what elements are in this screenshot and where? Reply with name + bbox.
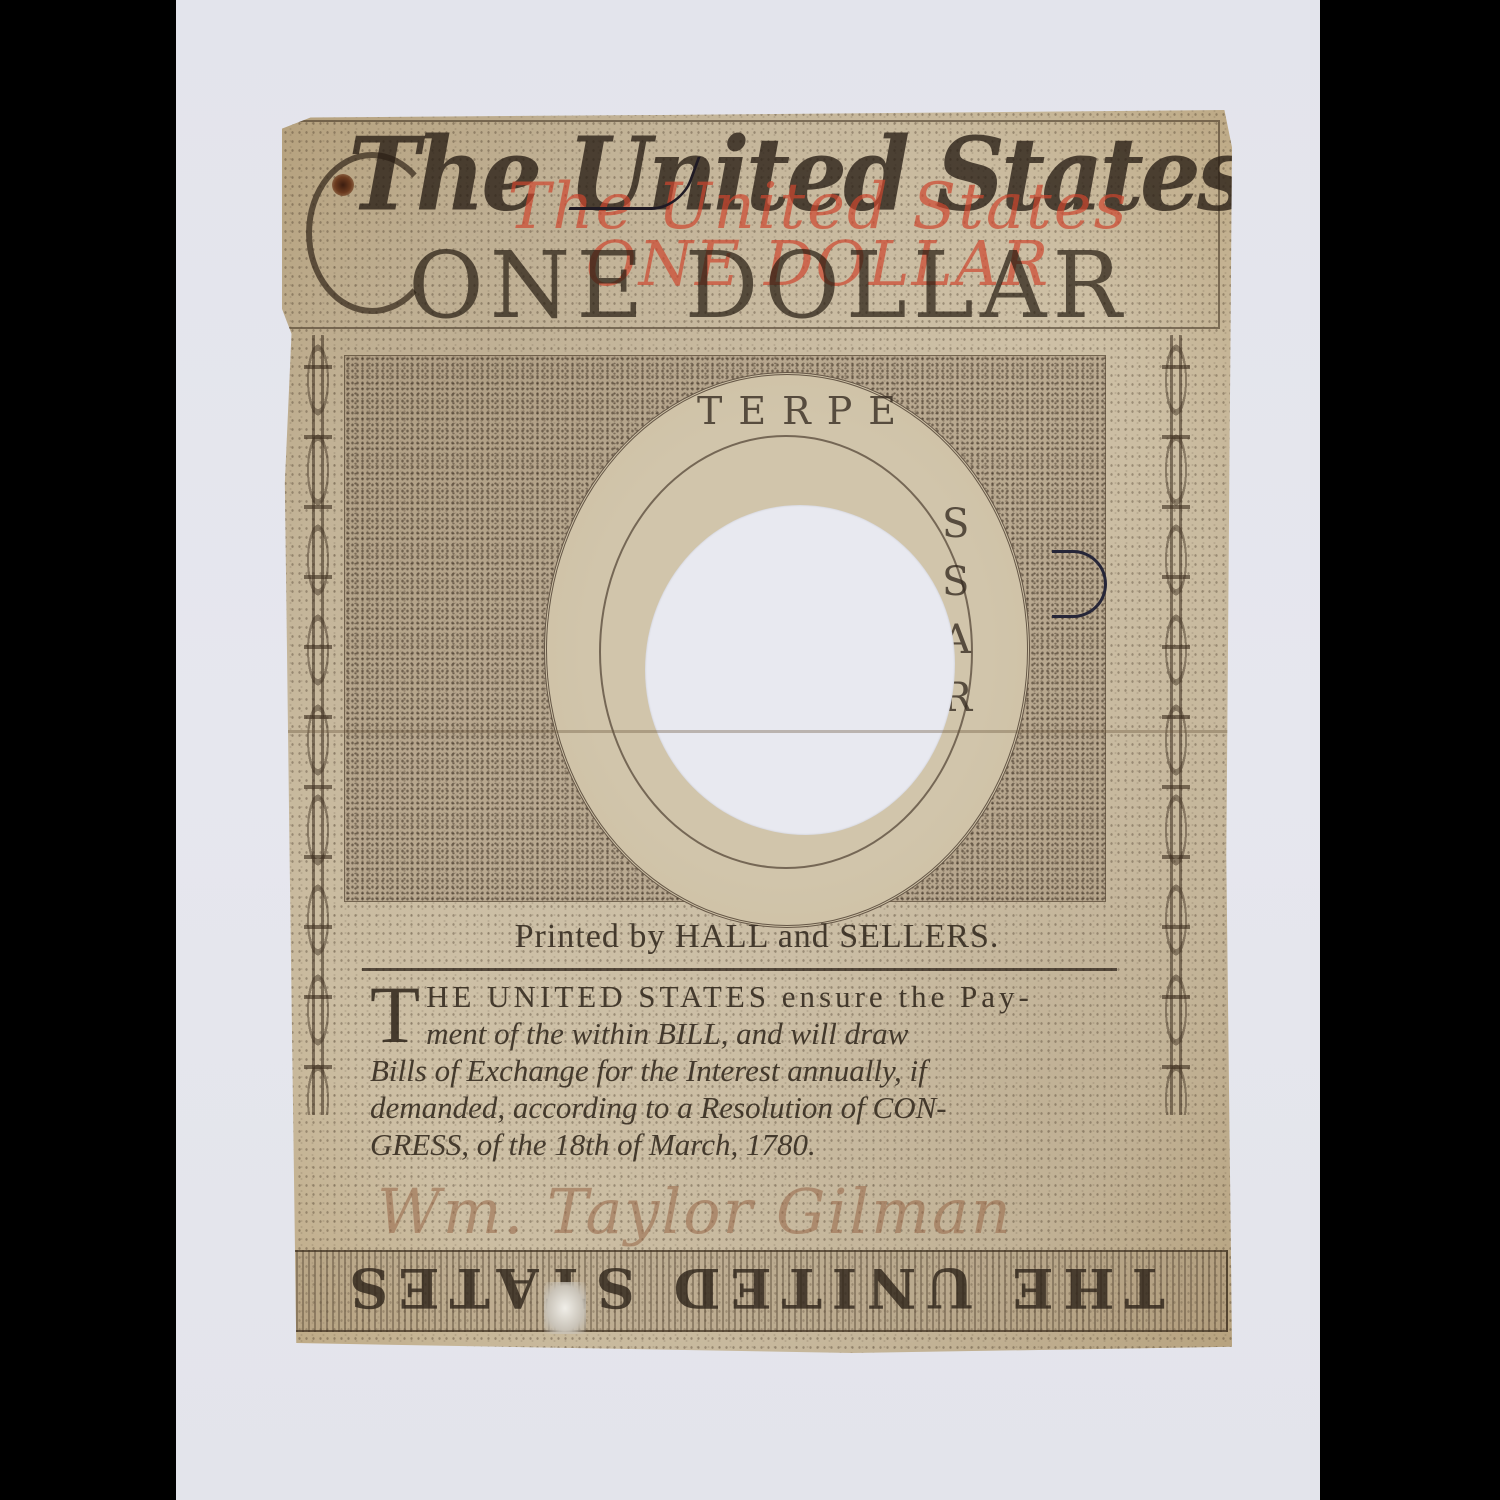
divider-rule bbox=[362, 968, 1117, 971]
fold-crease bbox=[282, 730, 1232, 733]
foil-glint bbox=[544, 1282, 586, 1334]
left-chain-border bbox=[304, 335, 332, 1115]
currency-note: The United States The United States ONE … bbox=[282, 110, 1232, 1353]
header-band: The United States The United States ONE … bbox=[288, 120, 1220, 329]
right-chain-border bbox=[1162, 335, 1190, 1115]
guarantee-line: GRESS, of the 18th of March, 1780. bbox=[370, 1126, 1130, 1163]
seal-legend-top: TERPE bbox=[697, 389, 912, 433]
guarantee-line: Bills of Exchange for the Interest annua… bbox=[370, 1052, 1130, 1089]
guarantee-line: HE UNITED STATES ensure the Pay- bbox=[370, 978, 1130, 1015]
footer-band: THE UNITED STATES bbox=[276, 1250, 1228, 1332]
printer-line: Printed by HALL and SELLERS. bbox=[282, 918, 1232, 956]
guarantee-line: ment of the within BILL, and will draw bbox=[370, 1015, 1130, 1052]
signature: Wm. Taylor Gilman bbox=[377, 1175, 1137, 1248]
cancellation-hole bbox=[645, 505, 955, 835]
ink-stain bbox=[332, 174, 354, 196]
drop-cap: T bbox=[370, 980, 420, 1050]
guarantee-line: demanded, according to a Resolution of C… bbox=[370, 1089, 1130, 1126]
footer-band-text: THE UNITED STATES bbox=[278, 1256, 1226, 1320]
guarantee-text: T HE UNITED STATES ensure the Pay- ment … bbox=[370, 978, 1130, 1163]
denomination-text: ONE DOLLAR bbox=[328, 232, 1208, 339]
